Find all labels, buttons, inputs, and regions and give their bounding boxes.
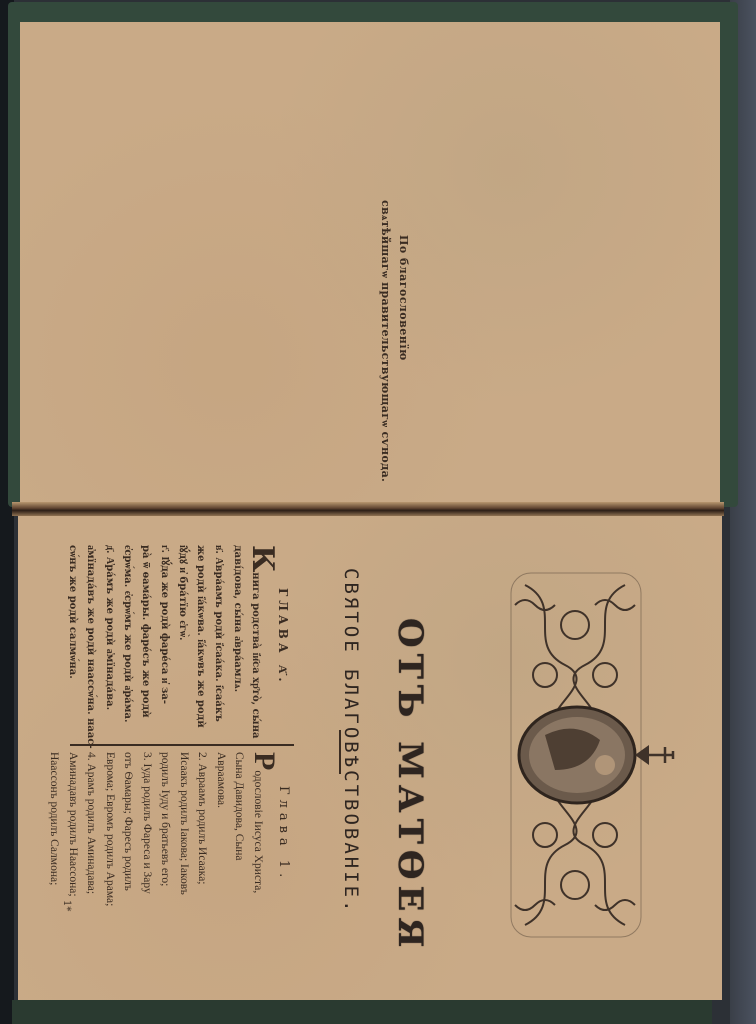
text-line: Родословіе Іисуса Христа, <box>249 752 273 906</box>
book-cover-bottom <box>12 1000 712 1024</box>
text-line: же родѝ і҆а́кѡва. і҆а́кѡвъ же родѝ <box>191 545 209 749</box>
text-line: Авраамова. <box>212 752 231 906</box>
text-line: родилъ Іуду и братьевъ его; <box>156 752 175 906</box>
book-gutter <box>12 502 724 516</box>
folio-signature: 1* <box>61 900 72 911</box>
russian-chapter-heading: Глава 1. <box>276 786 291 882</box>
imprimatur-line-1: По благословенїю <box>397 235 410 361</box>
dropcap: К <box>245 545 280 572</box>
text-line: отъ Ѳамары; Фаресъ родилъ <box>119 752 138 906</box>
text-line: в҃. А҆вра́амъ родѝ і҆саа́ка. і҆саа́къ <box>209 545 227 749</box>
text-line: 2. Авраамъ родилъ Исаака; <box>193 752 212 906</box>
russian-text-column: Родословіе Іисуса Христа, Сына Давидова,… <box>45 752 272 906</box>
text-line: а҆мїнада́въ же родѝ наассѡ́на. наас- <box>81 545 99 749</box>
text-line: 4. Арамъ родилъ Аминадава; <box>82 752 101 906</box>
book-subtitle: СВЯТОЕ БЛАГОВѢСТВОВАНІЕ. <box>340 568 362 915</box>
text-line: Книга родства̀ і҆и҃са хр҃то̀, сы́на <box>246 545 270 749</box>
slavonic-chapter-heading: ГЛАВА А҃. <box>275 588 290 686</box>
book-title: ОТЪ МАТѲЕЯ <box>390 618 430 953</box>
text-line: г҃. І҆ꙋ́да же родѝ фаре́са и҆ за- <box>154 545 172 749</box>
text-line: Еврома; Евромъ родилъ Арама; <box>101 752 120 906</box>
text-line: ра̀ ѿ ѳама́ры. фаре́съ же родѝ <box>136 545 154 749</box>
text-line: і҆ꙋ́дꙋ и҆ бра́тїю є҆гѡ̀. <box>173 545 191 749</box>
imprimatur-line-2: свѧтѣйшагѡ правительствующагѡ сѵнода. <box>379 200 392 482</box>
text-line: д҃. А҆ра́мъ же родѝ а҆мїнада́ва. <box>99 545 117 749</box>
ornamental-headpiece-icon <box>505 565 685 945</box>
text-line: 3. Іуда родилъ Фареса и Зару <box>138 752 157 906</box>
text-line: Сына Давидова, Сына <box>230 752 249 906</box>
text-line: Аминадавъ родилъ Наассона; <box>64 752 83 906</box>
title-rule <box>339 730 341 774</box>
top-page <box>20 22 720 506</box>
text-line: Исаакъ родилъ Іакова; Іаковъ <box>175 752 194 906</box>
slavonic-text-column: Книга родства̀ і҆и҃са хр҃то̀, сы́на даві… <box>63 545 270 749</box>
dropcap: Р <box>248 752 281 770</box>
text-line: є҆срѡ́ма. є҆срѡ́мъ же родѝ а҆ра́ма. <box>118 545 136 749</box>
text-line: Наассонъ родилъ Салмона; <box>45 752 64 906</box>
text-line: сѡ́нъ же родѝ салмѡ́на. <box>63 545 81 749</box>
text-line: даві́дова, сы́на а҆вра́амлѧ. <box>227 545 245 749</box>
